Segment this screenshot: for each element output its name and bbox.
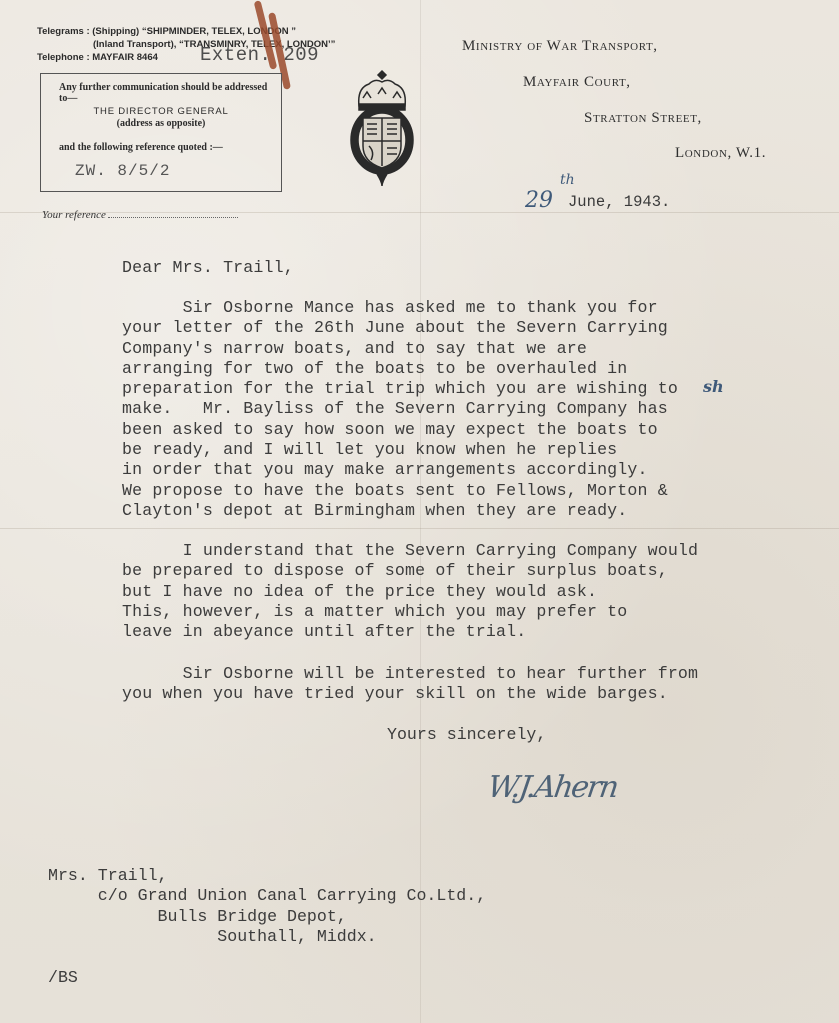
telegrams-label: Telegrams :: [37, 26, 90, 37]
reference-addressee: THE DIRECTOR GENERAL: [41, 106, 281, 117]
extension-number: Exten. 209: [200, 44, 319, 66]
handwritten-date-suffix: th: [560, 172, 575, 188]
address-line-3: London, W.1.: [675, 145, 766, 162]
royal-coat-of-arms-icon: [345, 68, 420, 190]
reference-prompt: and the following reference quoted :—: [59, 142, 223, 153]
address-line-1: Mayfair Court,: [523, 74, 631, 91]
salutation: Dear Mrs. Traill,: [122, 258, 294, 278]
handwritten-date-day: 29: [525, 188, 553, 213]
reference-instruction: Any further communication should be addr…: [59, 82, 269, 104]
paragraph-2: I understand that the Severn Carrying Co…: [122, 541, 698, 642]
paragraph-1: Sir Osborne Mance has asked me to thank …: [122, 298, 678, 521]
reference-value: ZW. 8/5/2: [75, 162, 170, 180]
telephone-number: MAYFAIR 8464: [92, 52, 158, 63]
signature: W.J.Ahern: [486, 770, 620, 805]
reference-box: Any further communication should be addr…: [40, 73, 282, 192]
handwritten-correction: sh: [703, 377, 724, 396]
typed-date: June, 1943.: [568, 193, 670, 211]
your-reference-field: Your reference: [42, 209, 238, 221]
telephone-label: Telephone :: [37, 52, 90, 63]
your-reference-label: Your reference: [42, 209, 106, 221]
closing: Yours sincerely,: [387, 725, 546, 744]
reference-addressee-note: (address as opposite): [41, 118, 281, 129]
ministry-name: Ministry of War Transport,: [462, 38, 658, 55]
recipient-address: Mrs. Traill, c/o Grand Union Canal Carry…: [48, 866, 486, 947]
address-line-2: Stratton Street,: [584, 110, 702, 127]
your-reference-dotted-line: [108, 209, 238, 218]
typist-initials: /BS: [48, 968, 78, 987]
paragraph-3: Sir Osborne will be interested to hear f…: [122, 664, 698, 705]
